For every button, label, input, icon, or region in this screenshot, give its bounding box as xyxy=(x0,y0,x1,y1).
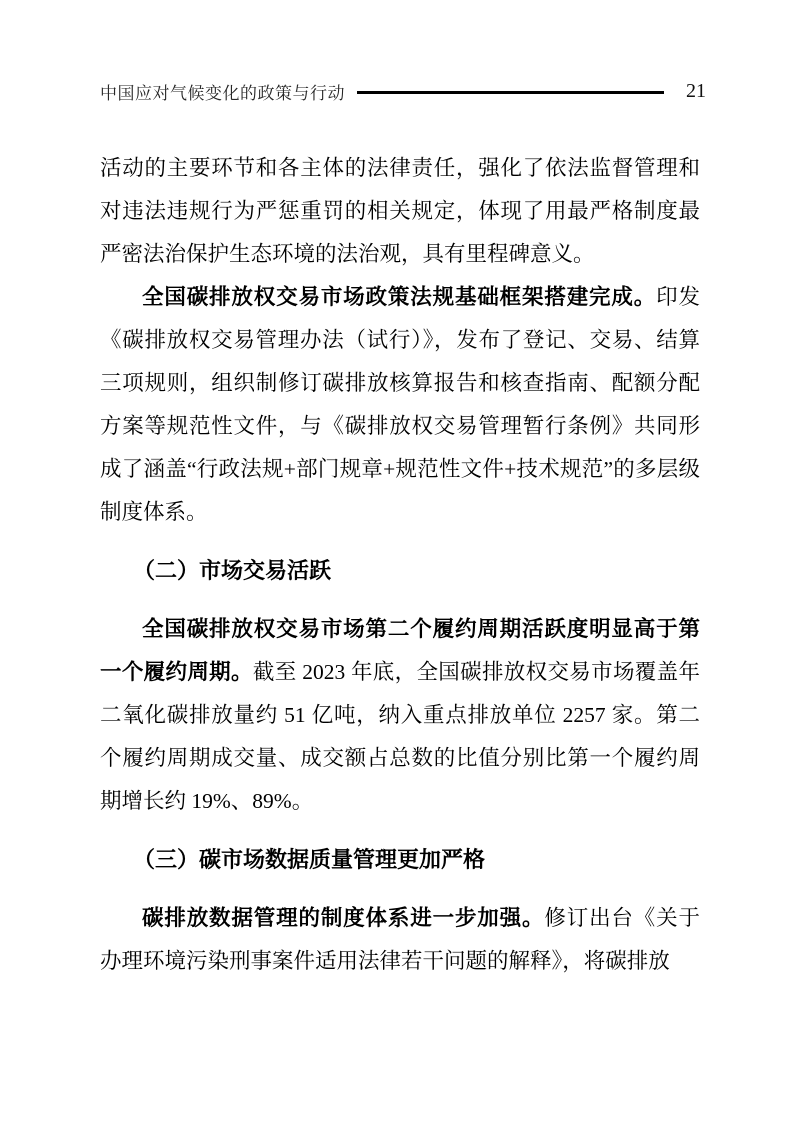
document-body: 活动的主要环节和各主体的法律责任，强化了依法监督管理和对违法违规行为严惩重罚的相… xyxy=(100,147,700,983)
document-page: 中国应对气候变化的政策与行动 21 活动的主要环节和各主体的法律责任，强化了依法… xyxy=(0,0,794,1124)
page-header: 中国应对气候变化的政策与行动 21 xyxy=(100,78,706,104)
paragraph: 活动的主要环节和各主体的法律责任，强化了依法监督管理和对违法违规行为严惩重罚的相… xyxy=(100,147,700,276)
paragraph: 全国碳排放权交易市场第二个履约周期活跃度明显高于第一个履约周期。截至 2023 … xyxy=(100,608,700,823)
section-heading: （二）市场交易活跃 xyxy=(100,549,700,592)
section-heading: （三）碳市场数据质量管理更加严格 xyxy=(100,838,700,881)
paragraph: 全国碳排放权交易市场政策法规基础框架搭建完成。印发《碳排放权交易管理办法（试行）… xyxy=(100,276,700,534)
header-rule xyxy=(357,91,664,94)
bold-lead-text: 碳排放数据管理的制度体系进一步加强。 xyxy=(142,906,544,930)
body-text: 印发《碳排放权交易管理办法（试行）》，发布了登记、交易、结算三项规则，组织制修订… xyxy=(100,285,700,524)
bold-lead-text: 全国碳排放权交易市场政策法规基础框架搭建完成。 xyxy=(142,285,656,309)
body-text: 活动的主要环节和各主体的法律责任，强化了依法监督管理和对违法违规行为严惩重罚的相… xyxy=(100,156,700,266)
header-title: 中国应对气候变化的政策与行动 xyxy=(100,79,345,104)
paragraph: 碳排放数据管理的制度体系进一步加强。修订出台《关于办理环境污染刑事案件适用法律若… xyxy=(100,897,700,983)
page-number: 21 xyxy=(686,80,706,103)
